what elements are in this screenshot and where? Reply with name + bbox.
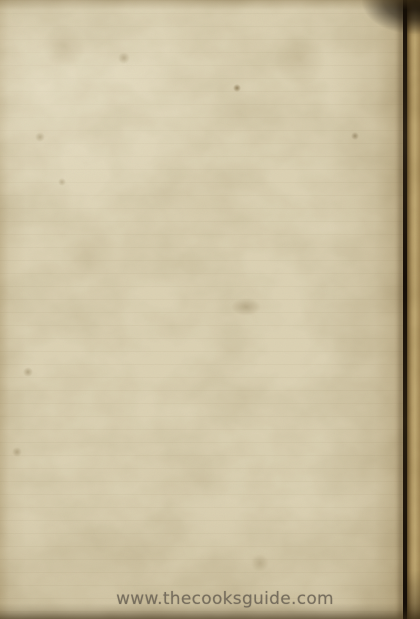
- scanned-book-page: www.thecooksguide.com: [0, 0, 420, 619]
- top-edge-shadow: [0, 0, 420, 10]
- blank-page-paper: [0, 0, 403, 619]
- bottom-edge-shadow: [0, 603, 420, 619]
- book-page-edges: [407, 0, 420, 619]
